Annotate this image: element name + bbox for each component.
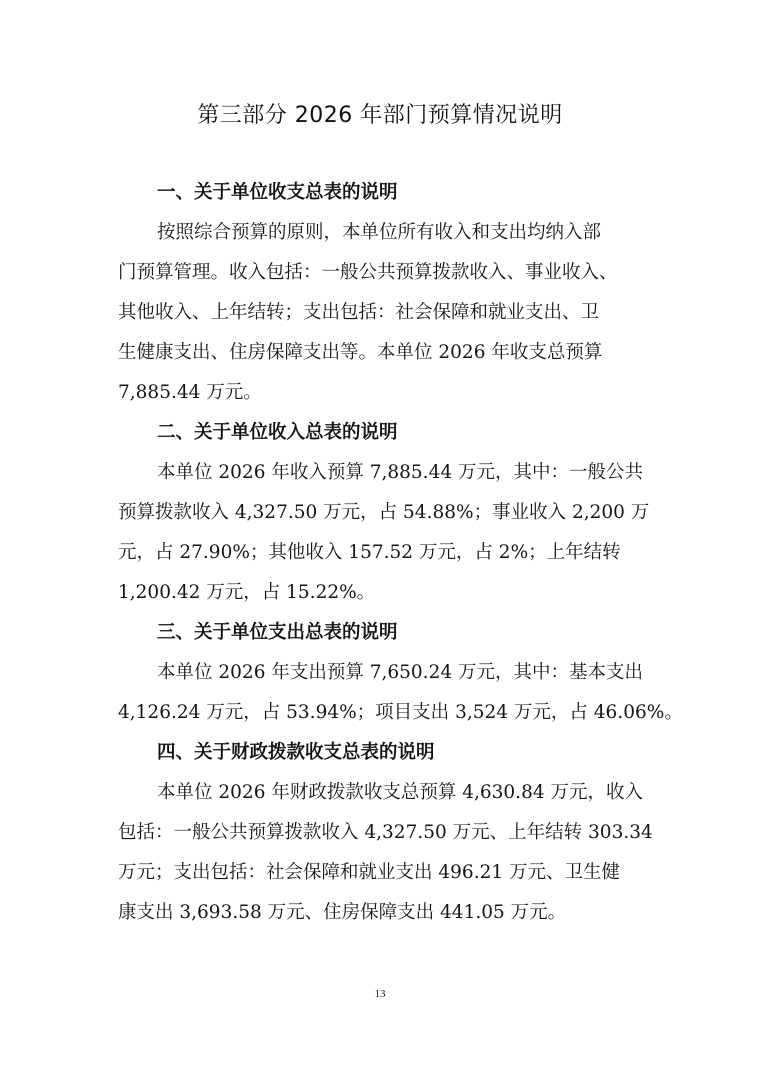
- document-page: 第三部分 2026 年部门预算情况说明 一、关于单位收支总表的说明 按照综合预算…: [0, 0, 760, 1074]
- section-heading-3: 三、关于单位支出总表的说明: [157, 618, 398, 644]
- paragraph-line: 预算拨款收入 4,327.50 万元，占 54.88%；事业收入 2,200 万: [118, 498, 649, 524]
- paragraph-line: 本单位 2026 年支出预算 7,650.24 万元，其中：基本支出: [157, 658, 643, 684]
- paragraph-line: 万元；支出包括：社会保障和就业支出 496.21 万元、卫生健: [118, 858, 620, 884]
- paragraph-line: 元，占 27.90%；其他收入 157.52 万元，占 2%；上年结转: [118, 538, 621, 564]
- paragraph-line: 按照综合预算的原则，本单位所有收入和支出均纳入部: [157, 218, 601, 244]
- page-title: 第三部分 2026 年部门预算情况说明: [0, 98, 760, 129]
- paragraph-line: 生健康支出、住房保障支出等。本单位 2026 年收支总预算: [118, 338, 602, 364]
- section-heading-1: 一、关于单位收支总表的说明: [157, 178, 398, 204]
- paragraph-line: 本单位 2026 年财政拨款收支总预算 4,630.84 万元，收入: [157, 778, 643, 804]
- paragraph-line: 4,126.24 万元，占 53.94%；项目支出 3,524 万元，占 46.…: [118, 698, 683, 724]
- page-number: 13: [0, 988, 760, 1000]
- paragraph-line: 门预算管理。收入包括：一般公共预算拨款收入、事业收入、: [118, 258, 618, 284]
- section-heading-2: 二、关于单位收入总表的说明: [157, 418, 398, 444]
- paragraph-line: 1,200.42 万元，占 15.22%。: [118, 578, 375, 604]
- paragraph-line: 包括：一般公共预算拨款收入 4,327.50 万元、上年结转 303.34: [118, 818, 653, 844]
- paragraph-line: 其他收入、上年结转；支出包括：社会保障和就业支出、卫: [118, 298, 599, 324]
- section-heading-4: 四、关于财政拨款收支总表的说明: [157, 738, 435, 764]
- paragraph-line: 本单位 2026 年收入预算 7,885.44 万元，其中：一般公共: [157, 458, 643, 484]
- paragraph-line: 7,885.44 万元。: [118, 378, 262, 404]
- paragraph-line: 康支出 3,693.58 万元、住房保障支出 441.05 万元。: [118, 898, 566, 924]
